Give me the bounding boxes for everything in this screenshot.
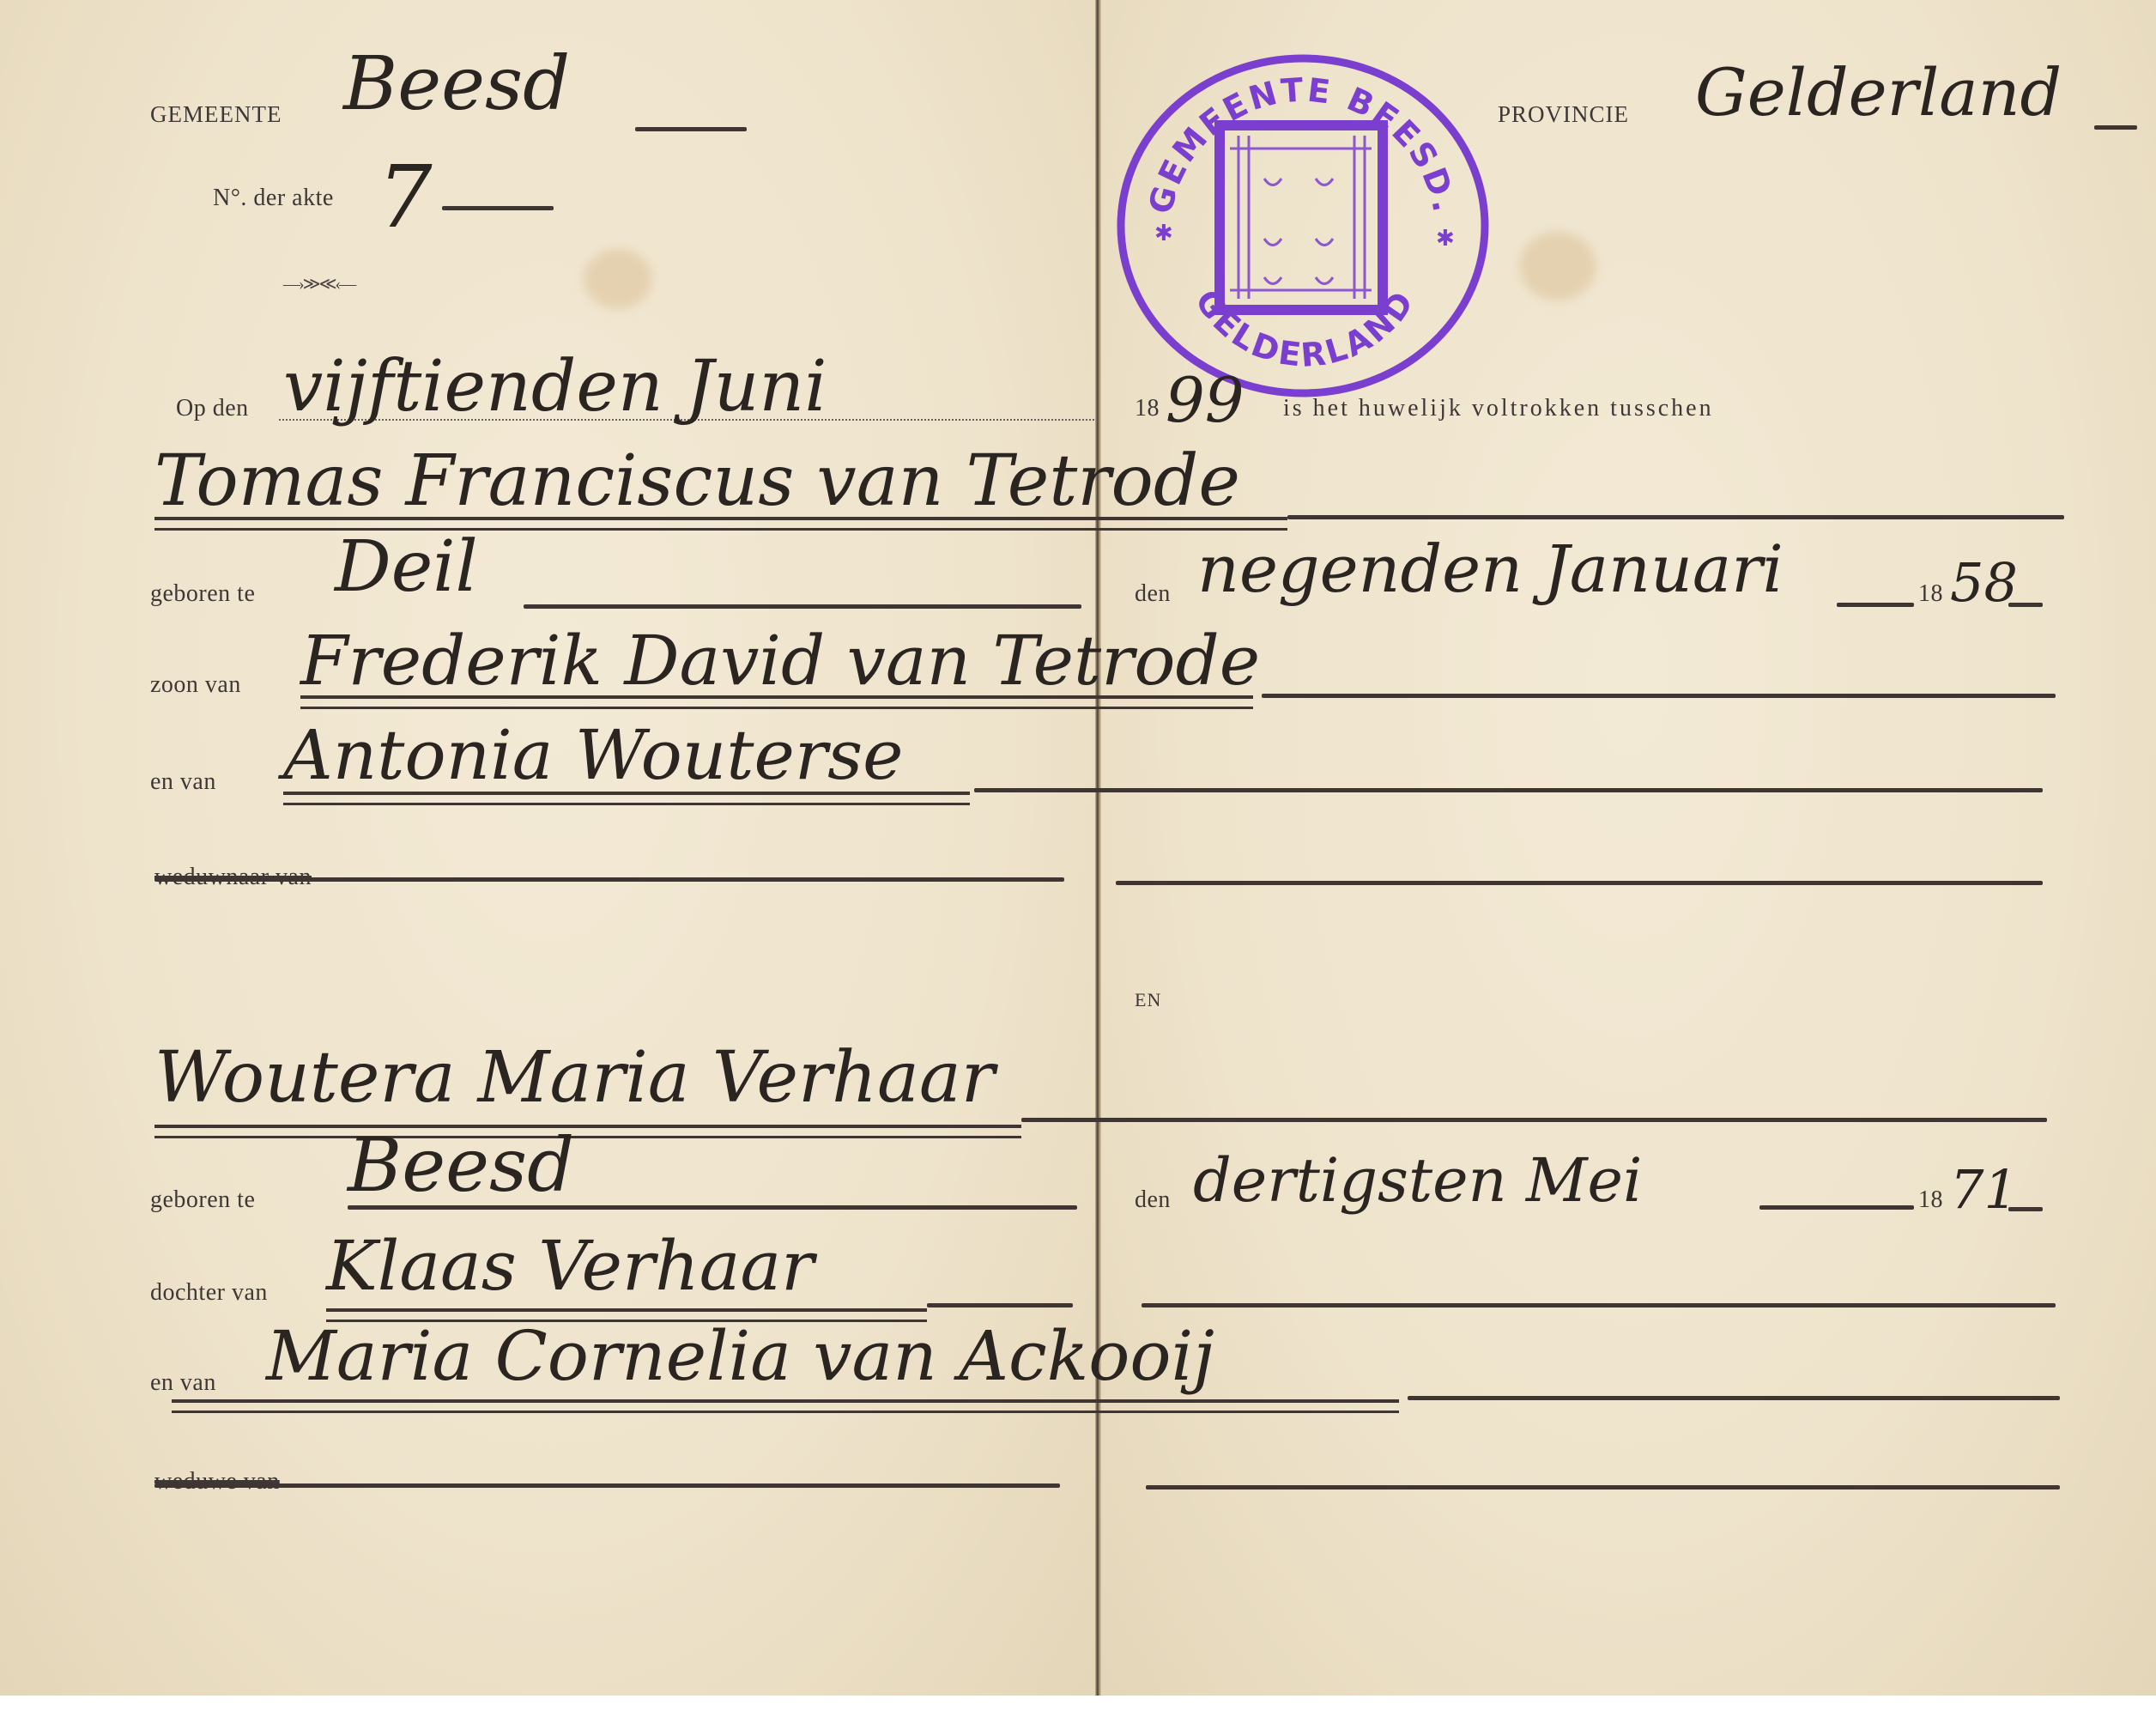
svg-text:✱: ✱ bbox=[1154, 221, 1173, 246]
widower-rule-right bbox=[1116, 881, 2043, 885]
bride-name: Woutera Maria Verhaar bbox=[154, 1043, 995, 1113]
zoon-van-label: zoon van bbox=[150, 671, 241, 699]
huwelijk-text: is het huwelijk voltrokken tusschen bbox=[1283, 395, 1714, 422]
groom-father-underline bbox=[300, 695, 1253, 709]
bride-year-rule bbox=[2008, 1207, 2043, 1211]
dochter-van-label: dochter van bbox=[150, 1279, 268, 1307]
akte-value: 7 bbox=[378, 155, 433, 240]
widow-label: weduwe van bbox=[154, 1468, 280, 1496]
groom-name: Tomas Franciscus van Tetrode bbox=[154, 446, 1240, 517]
akte-rule bbox=[442, 206, 554, 210]
groom-geboren-label: geboren te bbox=[150, 580, 255, 608]
bride-father-rule-right bbox=[1142, 1303, 2056, 1307]
groom-den-label: den bbox=[1135, 580, 1171, 608]
bride-name-underline bbox=[154, 1125, 1021, 1138]
groom-en-van-label: en van bbox=[150, 768, 216, 796]
groom-birthplace-rule bbox=[524, 604, 1081, 609]
stain bbox=[584, 249, 652, 309]
groom-year-prefix: 18 bbox=[1918, 580, 1943, 608]
bride-geboren-label: geboren te bbox=[150, 1186, 255, 1214]
groom-name-underline bbox=[154, 517, 1287, 531]
bride-en-van-label: en van bbox=[150, 1369, 216, 1397]
provincie-rule bbox=[2094, 125, 2137, 130]
provincie-label: PROVINCIE bbox=[1498, 101, 1629, 128]
bride-mother-underline bbox=[172, 1399, 1399, 1413]
marriage-year-value: 99 bbox=[1166, 369, 1245, 431]
stain bbox=[1519, 232, 1596, 300]
groom-mother: Antonia Wouterse bbox=[283, 721, 903, 790]
municipal-stamp: GEMEENTE BEESD. GELDERLAND ✱ ✱ bbox=[1110, 50, 1496, 402]
bride-den-label: den bbox=[1135, 1186, 1171, 1214]
groom-mother-underline bbox=[283, 792, 970, 805]
svg-text:GELDERLAND: GELDERLAND bbox=[1188, 282, 1422, 374]
groom-mother-rule bbox=[974, 788, 2043, 792]
groom-father-rule bbox=[1262, 694, 2056, 698]
akte-label: N°. der akte bbox=[213, 185, 334, 212]
groom-birthplace: Deil bbox=[335, 532, 478, 603]
bride-date-rule bbox=[1759, 1205, 1914, 1210]
widow-rule-right bbox=[1146, 1485, 2060, 1489]
gemeente-label: GEMEENTE bbox=[150, 101, 282, 128]
groom-birth-year: 58 bbox=[1950, 556, 2018, 610]
gemeente-rule bbox=[635, 127, 747, 131]
svg-text:✱: ✱ bbox=[1436, 226, 1455, 251]
bride-father: Klaas Verhaar bbox=[326, 1232, 814, 1301]
groom-birth-date: negenden Januari bbox=[1197, 537, 1784, 602]
ornament: —›≫≪‹— bbox=[283, 273, 354, 294]
widower-rule bbox=[154, 877, 1064, 882]
bride-birthplace-rule bbox=[348, 1205, 1077, 1210]
stamp-bottom-text: GELDERLAND bbox=[1188, 282, 1422, 374]
groom-year-rule bbox=[2008, 603, 2043, 607]
bride-father-rule bbox=[927, 1303, 1073, 1307]
bride-mother: Maria Cornelia van Ackooij bbox=[266, 1322, 1214, 1391]
gemeente-value: Beesd bbox=[343, 47, 570, 121]
groom-name-rule bbox=[1287, 515, 2064, 519]
bride-year-prefix: 18 bbox=[1918, 1186, 1943, 1214]
marriage-date-value: vijftienden Juni bbox=[283, 352, 827, 422]
groom-date-rule bbox=[1837, 603, 1914, 607]
bride-mother-rule bbox=[1408, 1396, 2060, 1400]
provincie-value: Gelderland bbox=[1695, 60, 2062, 125]
left-page bbox=[0, 0, 1096, 1696]
op-den-label: Op den bbox=[176, 395, 249, 422]
bride-birthplace: Beesd bbox=[348, 1129, 574, 1203]
en-label: EN bbox=[1135, 989, 1161, 1011]
groom-father: Frederik David van Tetrode bbox=[300, 627, 1260, 695]
bride-name-rule bbox=[1021, 1118, 2047, 1122]
widow-rule bbox=[154, 1483, 1060, 1488]
book-spine-fold bbox=[1095, 0, 1100, 1696]
bride-birth-date: dertigsten Mei bbox=[1193, 1150, 1642, 1210]
year-prefix: 18 bbox=[1135, 395, 1160, 422]
